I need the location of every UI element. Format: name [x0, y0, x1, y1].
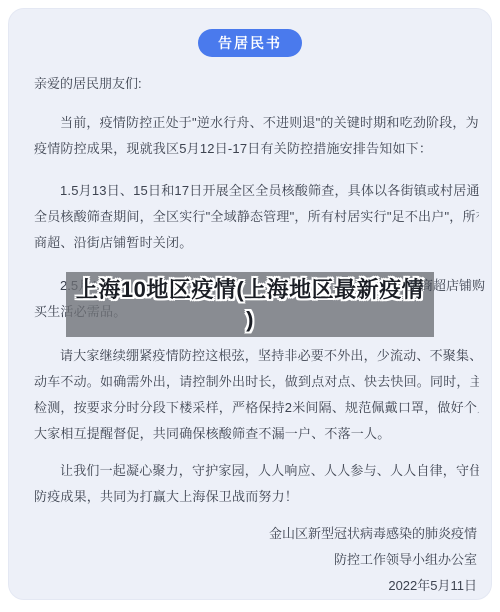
badge-row: 告居民书	[34, 29, 466, 57]
text-line: 2022年5月11日	[34, 573, 477, 599]
text-line: 1.5月13日、15日和17日开展全区全员核酸筛查，具体以各街镇或村居通知为准。…	[34, 178, 479, 204]
notice-title-badge: 告居民书	[198, 29, 302, 57]
text-line: 金山区新型冠状病毒感染的肺炎疫情	[34, 521, 477, 547]
notice-card: 告居民书 亲爱的居民朋友们: 当前，疫情防控正处于"逆水行舟、不进则退"的关键时…	[8, 8, 492, 600]
paragraph-requirements: 请大家继续绷紧疫情防控这根弦，坚持非必要不外出，少流动、不聚集、静下来，人动车不…	[34, 343, 479, 447]
signature-block: 金山区新型冠状病毒感染的肺炎疫情防控工作领导小组办公室2022年5月11日	[34, 521, 479, 599]
greeting-line: 亲爱的居民朋友们:	[34, 71, 479, 97]
text-line: 请大家继续绷紧疫情防控这根弦，坚持非必要不外出，少流动、不聚集、静下来，人	[34, 343, 479, 369]
paragraph-item1: 1.5月13日、15日和17日开展全区全员核酸筛查，具体以各街镇或村居通知为准。…	[34, 178, 479, 256]
text-line: 商超、沿街店铺暂时关闭。	[34, 230, 479, 256]
text-line: 让我们一起凝心聚力，守护家园，人人响应、人人参与、人人自律，守住来之不易的	[34, 458, 479, 484]
paragraph-item2-end-fragment: 至商超店铺购	[407, 273, 485, 299]
text-line: 疫情防控成果，现就我区5月12日-17日有关防控措施安排告知如下：	[34, 136, 479, 162]
overlay-title-line2: )	[246, 305, 254, 335]
paragraph-closing: 让我们一起凝心聚力，守护家园，人人响应、人人参与、人人自律，守住来之不易的防疫成…	[34, 458, 479, 510]
text-line: 检测，按要求分时分段下楼采样，严格保持2米间隔、规范佩戴口罩，做好个人防护。请	[34, 395, 479, 421]
text-line: 全员核酸筛查期间，全区实行"全域静态管理"，所有村居实行"足不出户"，所有线下开…	[34, 204, 479, 230]
text-line: 当前，疫情防控正处于"逆水行舟、不进则退"的关键时期和吃劲阶段，为进一步巩固	[34, 110, 479, 136]
text-line: 动车不动。如确需外出，请控制外出时长，做到点对点、快去快回。同时，主动参与核酸	[34, 369, 479, 395]
paragraph-intro: 当前，疫情防控正处于"逆水行舟、不进则退"的关键时期和吃劲阶段，为进一步巩固疫情…	[34, 110, 479, 162]
text-line: 大家相互提醒督促，共同确保核酸筛查不漏一户、不落一人。	[34, 421, 479, 447]
watermark-title-overlay: 上海10地区疫情(上海地区最新疫情 )	[66, 272, 434, 337]
text-line: 防控工作领导小组办公室	[34, 547, 477, 573]
text-line: 防疫成果，共同为打赢大上海保卫战而努力！	[34, 484, 479, 510]
overlay-title-line1: 上海10地区疫情(上海地区最新疫情	[76, 275, 424, 305]
